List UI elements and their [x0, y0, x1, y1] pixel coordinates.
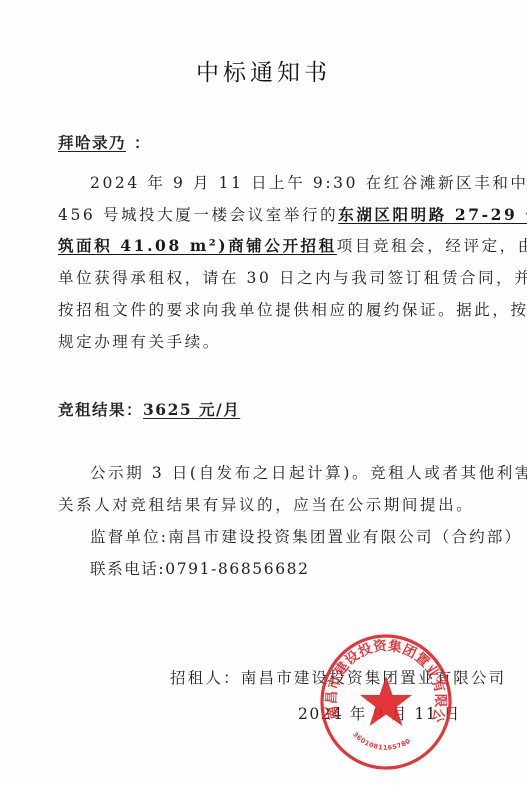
lessor-line: 招租人：南昌市建设投资集团置业有限公司 [170, 666, 506, 688]
bid-result-value: 3625 元/月 [143, 400, 250, 419]
notice-line-2: 关系人对竞租结果有异议的，应当在公示期间提出。 [58, 495, 474, 515]
seal-number: 3601081165780 [351, 730, 412, 751]
bid-result-label: 竞租结果： [58, 400, 143, 419]
recipient-name: 拜哈录乃 [58, 133, 134, 152]
body-line-2-pre: 456 号城投大厦一楼会议室举行的 [58, 206, 338, 224]
notice-line-1: 公示期 3 日(自发布之日起计算)。竞租人或者其他利害 [90, 463, 527, 483]
property-area: 筑面积 41.08 m²)商铺公开招租 [58, 236, 337, 255]
body-line-1: 2024 年 9 月 11 日上午 9:30 在红谷滩新区丰和中大道 [90, 173, 527, 193]
contact-phone: 0791-86856682 [165, 560, 309, 578]
supervisor-value: 南昌市建设投资集团置业有限公司（合约部） [168, 528, 522, 546]
signature-date: 2024 年 9 月 11 日 [298, 702, 461, 724]
body-line-2: 456 号城投大厦一楼会议室举行的东湖区阳明路 27-29 号(建 [58, 205, 527, 225]
document-title: 中标通知书 [0, 54, 527, 87]
body-line-5: 按招租文件的要求向我单位提供相应的履约保证。据此，按 [58, 300, 527, 320]
supervisor-line: 监督单位:南昌市建设投资集团置业有限公司（合约部） [90, 527, 522, 547]
lessor-name: 南昌市建设投资集团置业有限公司 [241, 669, 507, 687]
body-line-3-post: 项目竞租会，经评定，由你 [337, 237, 527, 255]
body-line-3: 筑面积 41.08 m²)商铺公开招租项目竞租会，经评定，由你 [58, 236, 527, 256]
lessor-label: 招租人： [170, 669, 241, 687]
bid-result: 竞租结果：3625 元/月 [58, 398, 250, 420]
property-address: 东湖区阳明路 27-29 号(建 [338, 205, 527, 224]
body-line-6: 规定办理有关手续。 [58, 332, 221, 352]
body-line-4: 单位获得承租权，请在 30 日之内与我司签订租赁合同，并 [58, 268, 527, 288]
contact-line: 联系电话:0791-86856682 [90, 559, 310, 579]
document-page: 中标通知书 拜哈录乃： 2024 年 9 月 11 日上午 9:30 在红谷滩新… [0, 0, 527, 785]
contact-label: 联系电话: [90, 560, 165, 578]
recipient-line: 拜哈录乃： [58, 131, 151, 153]
supervisor-label: 监督单位: [90, 528, 168, 546]
recipient-colon: ： [134, 133, 151, 152]
